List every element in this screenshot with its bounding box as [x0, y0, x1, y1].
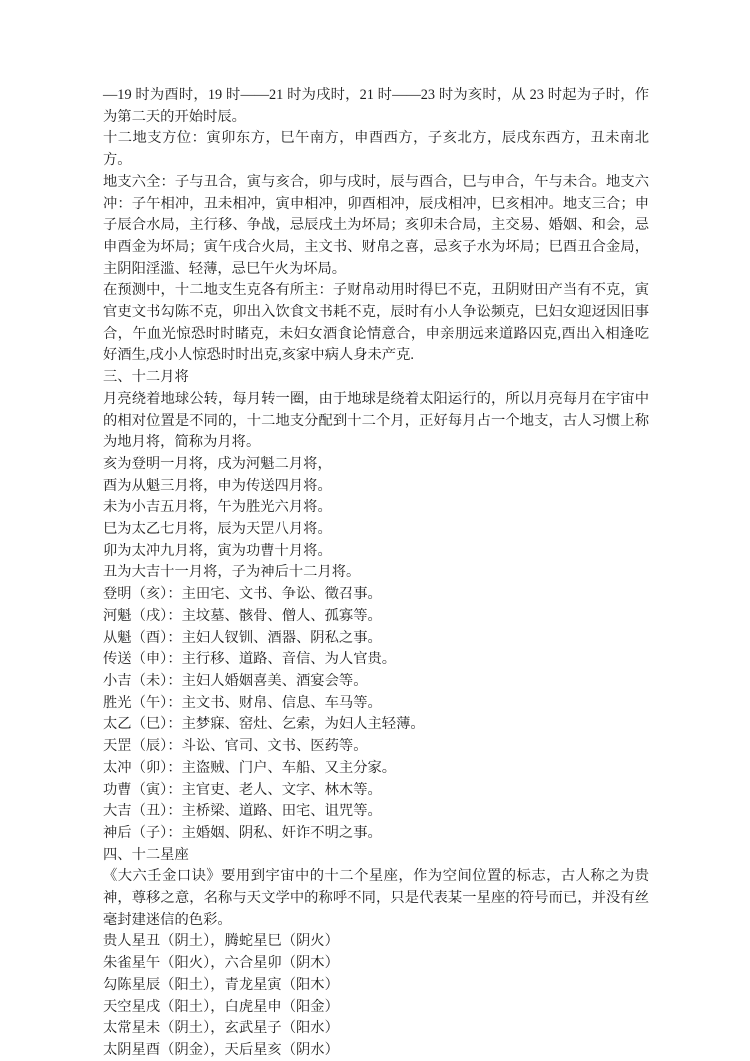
paragraph: 小吉（未）：主妇人婚姻喜美、酒宴会等。: [103, 671, 649, 693]
paragraph: 太阴星酉（阴金），天后星亥（阴水）: [103, 1040, 649, 1061]
paragraph: 亥为登明一月将，戌为河魁二月将，: [103, 454, 649, 476]
paragraph: 丑为大吉十一月将，子为神后十二月将。: [103, 562, 649, 584]
paragraph: 天罡（辰）：斗讼、官司、文书、医药等。: [103, 736, 649, 758]
document-text-block: —19 时为酉时，19 时——21 时为戌时，21 时——23 时为亥时，从 2…: [103, 85, 649, 1061]
paragraph: 神后（子）：主婚姻、阴私、奸诈不明之事。: [103, 823, 649, 845]
paragraph: 贵人星丑（阴土），腾蛇星巳（阴火）: [103, 931, 649, 953]
paragraph: 朱雀星午（阳火），六合星卯（阴木）: [103, 953, 649, 975]
paragraph: 太常星未（阴土），玄武星子（阳水）: [103, 1018, 649, 1040]
paragraph: 功曹（寅）：主官吏、老人、文字、林木等。: [103, 780, 649, 802]
paragraph: 河魁（戌）：主坟墓、骸骨、僧人、孤寡等。: [103, 606, 649, 628]
paragraph: 三、十二月将: [103, 367, 649, 389]
paragraph: 月亮绕着地球公转，每月转一圈，由于地球是绕着太阳运行的，所以月亮每月在宇宙中的相…: [103, 389, 649, 454]
paragraph: 在预测中，十二地支生克各有所主：子财帛动用时得巳不克，丑阴财田产当有不克，寅官吏…: [103, 280, 649, 367]
paragraph: 《大六壬金口诀》要用到宇宙中的十二个星座，作为空间位置的标志，古人称之为贵神，尊…: [103, 866, 649, 931]
paragraph: 传送（申）：主行移、道路、音信、为人官贵。: [103, 649, 649, 671]
paragraph: 胜光（午）：主文书、财帛、信息、车马等。: [103, 693, 649, 715]
paragraph: 登明（亥）：主田宅、文书、争讼、徵召事。: [103, 584, 649, 606]
paragraph: 卯为太冲九月将，寅为功曹十月将。: [103, 541, 649, 563]
paragraph: 十二地支方位：寅卯东方，巳午南方，申酉西方，子亥北方，辰戌东西方，丑未南北方。: [103, 128, 649, 171]
paragraph: 勾陈星辰（阳土），青龙星寅（阳木）: [103, 975, 649, 997]
paragraph: 未为小吉五月将，午为胜光六月将。: [103, 497, 649, 519]
paragraph: 从魁（酉）：主妇人钗钏、酒器、阴私之事。: [103, 628, 649, 650]
paragraph: 地支六全：子与丑合，寅与亥合，卯与戌时，辰与酉合，巳与申合，午与未合。地支六冲：…: [103, 172, 649, 281]
paragraph: 大吉（丑）：主桥梁、道路、田宅、诅咒等。: [103, 801, 649, 823]
paragraph: 太冲（卯）：主盗贼、门户、车船、又主分家。: [103, 758, 649, 780]
paragraph: 酉为从魁三月将，申为传送四月将。: [103, 476, 649, 498]
paragraph: —19 时为酉时，19 时——21 时为戌时，21 时——23 时为亥时，从 2…: [103, 85, 649, 128]
paragraph: 太乙（巳）：主梦寐、窑灶、乞索，为妇人主轻薄。: [103, 714, 649, 736]
paragraph: 天空星戌（阳土），白虎星申（阳金）: [103, 997, 649, 1019]
paragraph: 巳为太乙七月将，辰为天罡八月将。: [103, 519, 649, 541]
document-page: —19 时为酉时，19 时——21 时为戌时，21 时——23 时为亥时，从 2…: [0, 0, 750, 1061]
paragraph: 四、十二星座: [103, 845, 649, 867]
